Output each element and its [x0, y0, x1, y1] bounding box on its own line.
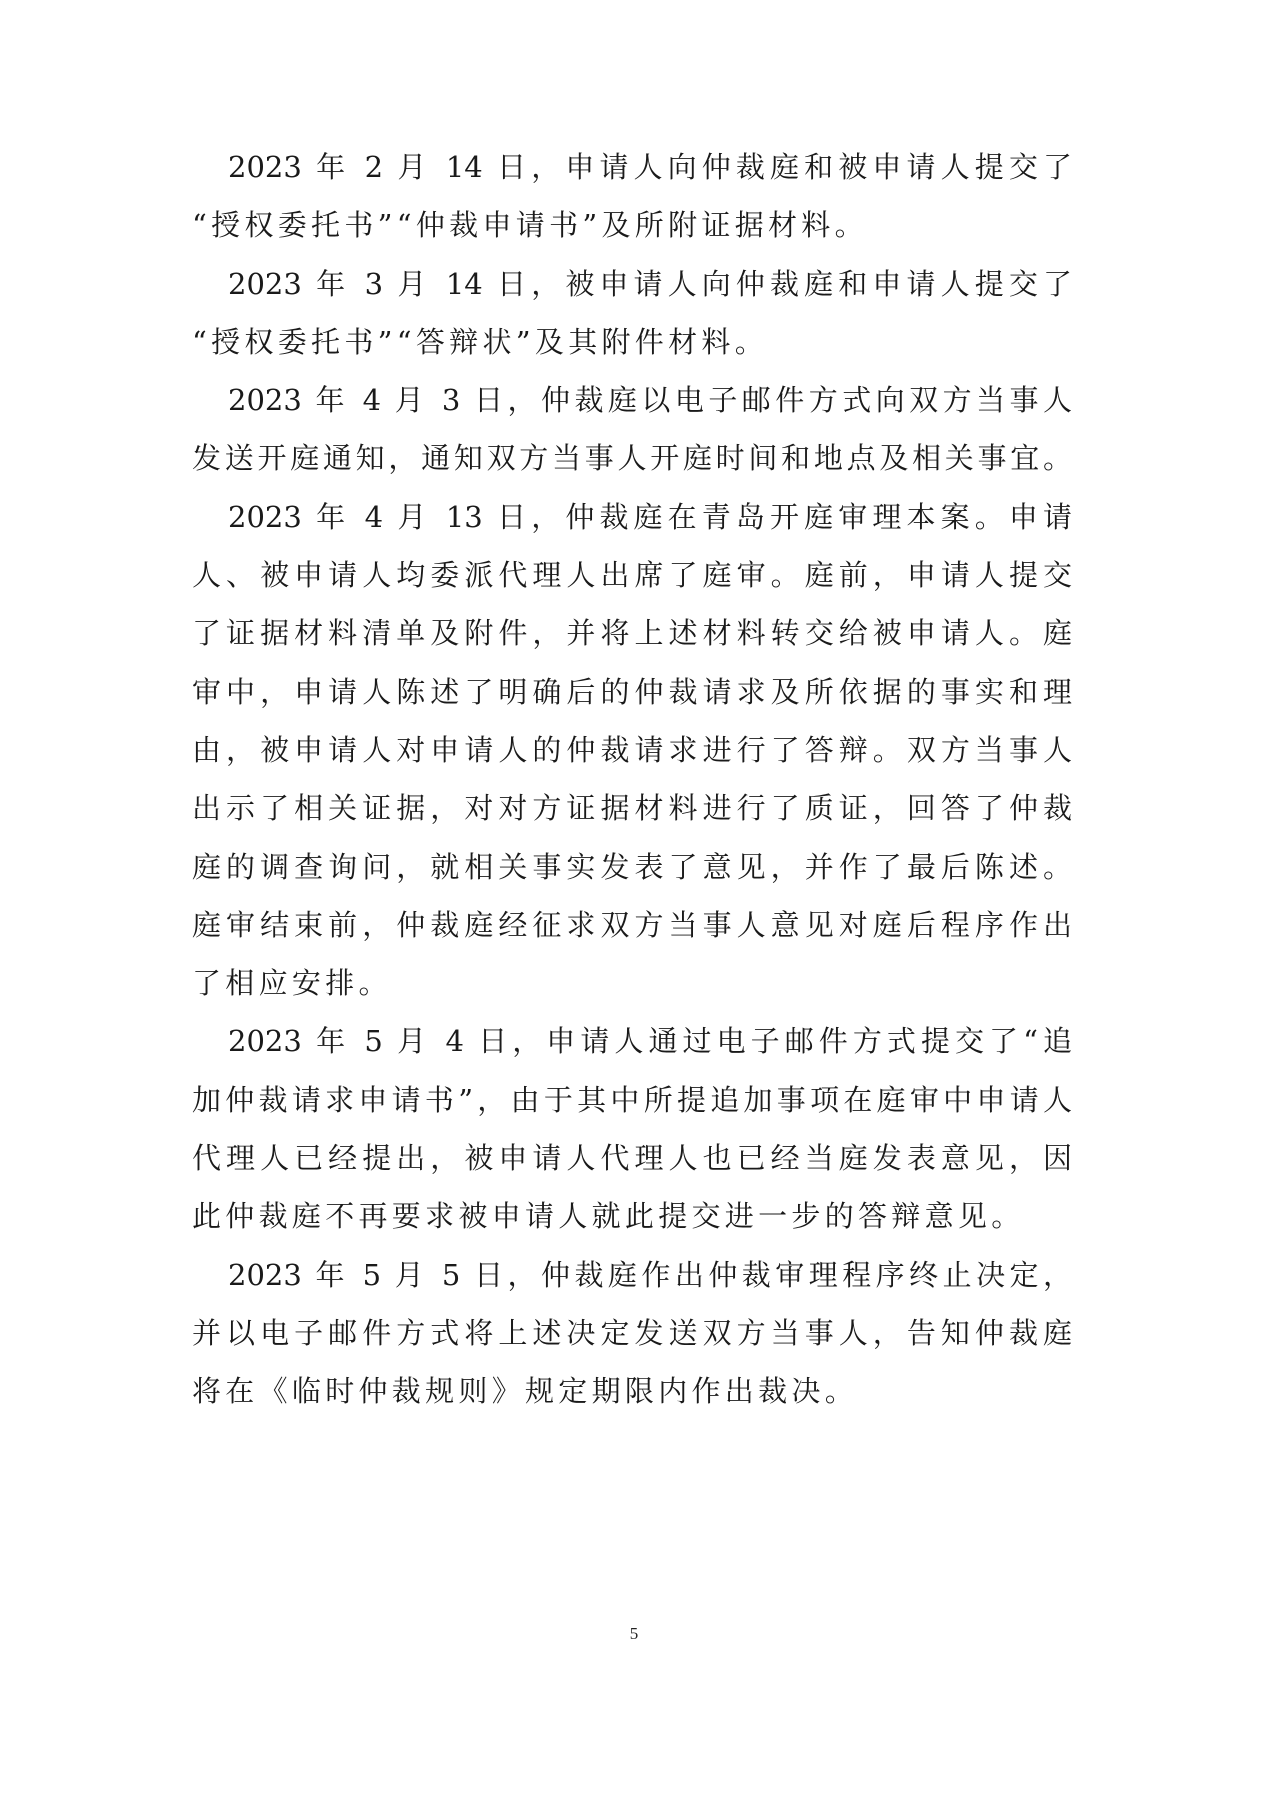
text-line: 将在《临时仲裁规则》规定期限内作出裁决。: [192, 1362, 1072, 1420]
page-number: 5: [0, 1624, 1268, 1644]
paragraph-2023-04-13: 2023 年 4 月 13 日，仲裁庭在青岛开庭审理本案。申请 人、被申请人均委…: [192, 488, 1072, 1013]
paragraph-2023-05-04: 2023 年 5 月 4 日，申请人通过电子邮件方式提交了“追 加仲裁请求申请书…: [192, 1012, 1072, 1245]
text-line: “授权委托书”“答辩状”及其附件材料。: [192, 313, 1072, 371]
text-line: 由，被申请人对申请人的仲裁请求进行了答辩。双方当事人: [192, 721, 1072, 779]
text-line: 了相应安排。: [192, 954, 1072, 1012]
text-line: 2023 年 5 月 4 日，申请人通过电子邮件方式提交了“追: [192, 1012, 1072, 1070]
text-line: 此仲裁庭不再要求被申请人就此提交进一步的答辩意见。: [192, 1187, 1072, 1245]
text-line: 了证据材料清单及附件，并将上述材料转交给被申请人。庭: [192, 604, 1072, 662]
text-line: 2023 年 2 月 14 日，申请人向仲裁庭和被申请人提交了: [192, 138, 1072, 196]
text-line: 2023 年 4 月 3 日，仲裁庭以电子邮件方式向双方当事人: [192, 371, 1072, 429]
document-page: 2023 年 2 月 14 日，申请人向仲裁庭和被申请人提交了 “授权委托书”“…: [0, 0, 1268, 1793]
text-line: 审中，申请人陈述了明确后的仲裁请求及所依据的事实和理: [192, 663, 1072, 721]
paragraph-2023-02-14: 2023 年 2 月 14 日，申请人向仲裁庭和被申请人提交了 “授权委托书”“…: [192, 138, 1072, 255]
paragraph-2023-05-05: 2023 年 5 月 5 日，仲裁庭作出仲裁审理程序终止决定， 并以电子邮件方式…: [192, 1246, 1072, 1421]
text-line: 发送开庭通知，通知双方当事人开庭时间和地点及相关事宜。: [192, 429, 1072, 487]
text-line: 出示了相关证据，对对方证据材料进行了质证，回答了仲裁: [192, 779, 1072, 837]
paragraph-2023-04-03: 2023 年 4 月 3 日，仲裁庭以电子邮件方式向双方当事人 发送开庭通知，通…: [192, 371, 1072, 488]
text-line: 2023 年 3 月 14 日，被申请人向仲裁庭和申请人提交了: [192, 255, 1072, 313]
text-line: 人、被申请人均委派代理人出席了庭审。庭前，申请人提交: [192, 546, 1072, 604]
paragraph-2023-03-14: 2023 年 3 月 14 日，被申请人向仲裁庭和申请人提交了 “授权委托书”“…: [192, 255, 1072, 372]
text-line: 加仲裁请求申请书”，由于其中所提追加事项在庭审中申请人: [192, 1071, 1072, 1129]
text-line: 并以电子邮件方式将上述决定发送双方当事人，告知仲裁庭: [192, 1304, 1072, 1362]
text-line: 庭审结束前，仲裁庭经征求双方当事人意见对庭后程序作出: [192, 896, 1072, 954]
text-line: “授权委托书”“仲裁申请书”及所附证据材料。: [192, 196, 1072, 254]
text-line: 2023 年 4 月 13 日，仲裁庭在青岛开庭审理本案。申请: [192, 488, 1072, 546]
text-line: 2023 年 5 月 5 日，仲裁庭作出仲裁审理程序终止决定，: [192, 1246, 1072, 1304]
text-line: 庭的调查询问，就相关事实发表了意见，并作了最后陈述。: [192, 838, 1072, 896]
text-line: 代理人已经提出，被申请人代理人也已经当庭发表意见，因: [192, 1129, 1072, 1187]
document-body: 2023 年 2 月 14 日，申请人向仲裁庭和被申请人提交了 “授权委托书”“…: [192, 138, 1072, 1421]
